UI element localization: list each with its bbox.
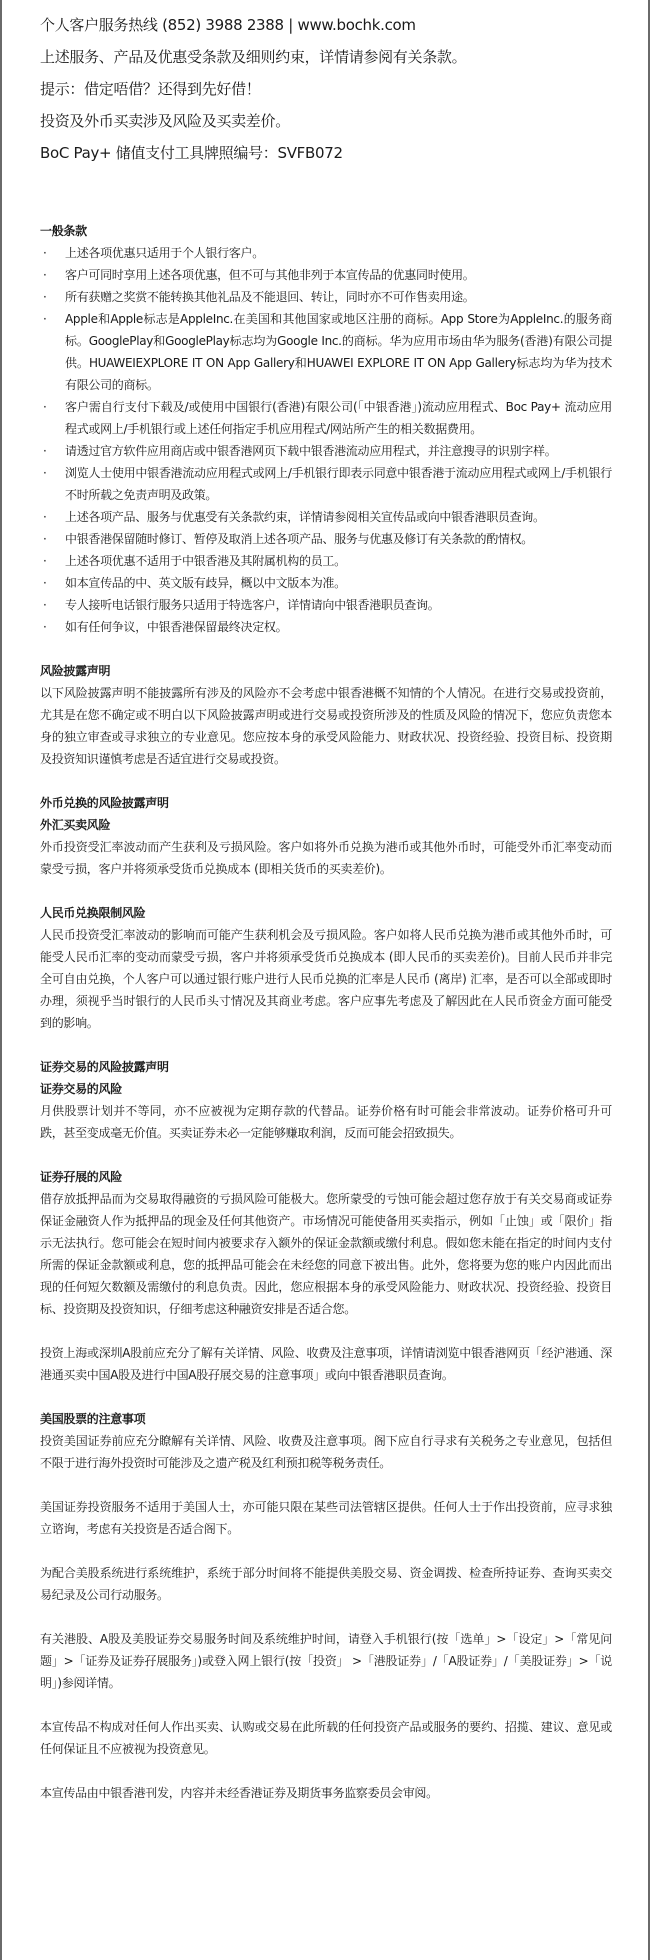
list-item: ·客户可同时享用上述各项优惠，但不可与其他非列于本宣传品的优惠同时使用。 bbox=[40, 264, 612, 286]
list-item-text: 客户可同时享用上述各项优惠，但不可与其他非列于本宣传品的优惠同时使用。 bbox=[65, 268, 475, 282]
list-item: ·所有获赠之奖赏不能转换其他礼品及不能退回、转让，同时亦不可作售卖用途。 bbox=[40, 286, 612, 308]
section-body: 为配合美股系统进行系统维护，系统于部分时间将不能提供美股交易、资金调拨、检查所持… bbox=[40, 1562, 612, 1606]
rmb-risk-section: 人民币兑换限制风险 人民币投资受汇率波动的影响而可能产生获利机会及亏损风险。客户… bbox=[40, 902, 612, 1034]
section-title: 美国股票的注意事项 bbox=[40, 1408, 612, 1430]
bullet-icon: · bbox=[43, 528, 53, 550]
publisher-note-section: 本宣传品由中银香港刊发，内容并未经香港证券及期货事务监察委员会审阅。 bbox=[40, 1782, 612, 1804]
a-share-note-section: 投资上海或深圳A股前应充分了解有关详情、风险、收费及注意事项，详情请浏览中银香港… bbox=[40, 1342, 612, 1386]
bullet-icon: · bbox=[43, 264, 53, 286]
bullet-icon: · bbox=[43, 440, 53, 462]
list-item-text: 浏览人士使用中银香港流动应用程式或网上/手机银行即表示同意中银香港于流动应用程式… bbox=[65, 466, 612, 502]
section-title: 外币兑换的风险披露声明 bbox=[40, 792, 612, 814]
list-item-text: 上述各项优惠只适用于个人银行客户。 bbox=[65, 246, 264, 260]
section-title: 一般条款 bbox=[40, 220, 612, 242]
section-body: 本宣传品由中银香港刊发，内容并未经香港证券及期货事务监察委员会审阅。 bbox=[40, 1782, 612, 1804]
section-title: 证券交易的风险披露声明 bbox=[40, 1056, 612, 1078]
bullet-icon: · bbox=[43, 286, 53, 308]
bullet-icon: · bbox=[43, 308, 53, 330]
list-item: ·浏览人士使用中银香港流动应用程式或网上/手机银行即表示同意中银香港于流动应用程… bbox=[40, 462, 612, 506]
spacer bbox=[40, 174, 612, 220]
list-item-text: 所有获赠之奖赏不能转换其他礼品及不能退回、转让，同时亦不可作售卖用途。 bbox=[65, 290, 475, 304]
list-item: ·上述各项产品、服务与优惠受有关条款约束，详情请参阅相关宣传品或向中银香港职员查… bbox=[40, 506, 612, 528]
bullet-icon: · bbox=[43, 550, 53, 572]
list-item-text: 中银香港保留随时修订、暂停及取消上述各项产品、服务与优惠及修订有关条款的酌情权。 bbox=[65, 532, 533, 546]
section-title: 人民币兑换限制风险 bbox=[40, 902, 612, 924]
bullet-icon: · bbox=[43, 572, 53, 594]
section-body: 人民币投资受汇率波动的影响而可能产生获利机会及亏损风险。客户如将人民币兑换为港币… bbox=[40, 924, 612, 1034]
list-item-text: 上述各项优惠不适用于中银香港及其附属机构的员工。 bbox=[65, 554, 346, 568]
hotline-line: 个人客户服务热线 (852) 3988 2388 | www.bochk.com bbox=[40, 14, 612, 36]
list-item: ·中银香港保留随时修订、暂停及取消上述各项产品、服务与优惠及修订有关条款的酌情权… bbox=[40, 528, 612, 550]
header-block: 个人客户服务热线 (852) 3988 2388 | www.bochk.com… bbox=[40, 14, 612, 164]
list-item-text: Apple和Apple标志是AppleInc.在美国和其他国家或地区注册的商标。… bbox=[65, 312, 612, 392]
section-body: 投资美国证券前应充分瞭解有关详情、风险、收费及注意事项。阁下应自行寻求有关税务之… bbox=[40, 1430, 612, 1474]
bullet-icon: · bbox=[43, 462, 53, 484]
section-body: 本宣传品不构成对任何人作出买卖、认购或交易在此所载的任何投资产品或服务的要约、招… bbox=[40, 1716, 612, 1760]
list-item-text: 客户需自行支付下载及/或使用中国银行(香港)有限公司(「中银香港」)流动应用程式… bbox=[65, 400, 612, 436]
list-item-text: 请透过官方软件应用商店或中银香港网页下载中银香港流动应用程式，并注意搜寻的识别字… bbox=[65, 444, 556, 458]
section-title: 风险披露声明 bbox=[40, 660, 612, 682]
general-terms-list: ·上述各项优惠只适用于个人银行客户。 ·客户可同时享用上述各项优惠，但不可与其他… bbox=[40, 242, 612, 638]
bullet-icon: · bbox=[43, 506, 53, 528]
borrowing-reminder: 提示：借定唔借？还得到先好借！ bbox=[40, 78, 612, 100]
list-item: ·如本宣传品的中、英文版有歧异，概以中文版本为准。 bbox=[40, 572, 612, 594]
terms-notice: 上述服务、产品及优惠受条款及细则约束，详情请参阅有关条款。 bbox=[40, 46, 612, 68]
bullet-icon: · bbox=[43, 616, 53, 638]
disclaimer-document: 个人客户服务热线 (852) 3988 2388 | www.bochk.com… bbox=[40, 14, 612, 1826]
section-body: 美国证券投资服务不适用于美国人士，亦可能只限在某些司法管辖区提供。任何人士于作出… bbox=[40, 1496, 612, 1540]
list-item: ·上述各项优惠只适用于个人银行客户。 bbox=[40, 242, 612, 264]
list-item: ·请透过官方软件应用商店或中银香港网页下载中银香港流动应用程式，并注意搜寻的识别… bbox=[40, 440, 612, 462]
maintenance-note-section: 为配合美股系统进行系统维护，系统于部分时间将不能提供美股交易、资金调拨、检查所持… bbox=[40, 1562, 612, 1606]
not-offer-note-section: 本宣传品不构成对任何人作出买卖、认购或交易在此所载的任何投资产品或服务的要约、招… bbox=[40, 1716, 612, 1760]
section-body: 月供股票计划并不等同，亦不应被视为定期存款的代替品。证券价格有时可能会非常波动。… bbox=[40, 1100, 612, 1144]
risk-disclosure-section: 风险披露声明 以下风险披露声明不能披露所有涉及的风险亦不会考虑中银香港概不知情的… bbox=[40, 660, 612, 770]
section-body: 以下风险披露声明不能披露所有涉及的风险亦不会考虑中银香港概不知情的个人情况。在进… bbox=[40, 682, 612, 770]
list-item: ·上述各项优惠不适用于中银香港及其附属机构的员工。 bbox=[40, 550, 612, 572]
fx-risk-section: 外币兑换的风险披露声明 外汇买卖风险 外币投资受汇率波动而产生获利及亏损风险。客… bbox=[40, 792, 612, 880]
section-body: 借存放抵押品而为交易取得融资的亏损风险可能极大。您所蒙受的亏蚀可能会超过您存放于… bbox=[40, 1188, 612, 1320]
section-body: 外币投资受汇率波动而产生获利及亏损风险。客户如将外币兑换为港币或其他外币时，可能… bbox=[40, 836, 612, 880]
list-item: ·如有任何争议，中银香港保留最终决定权。 bbox=[40, 616, 612, 638]
list-item-text: 上述各项产品、服务与优惠受有关条款约束，详情请参阅相关宣传品或向中银香港职员查询… bbox=[65, 510, 545, 524]
bullet-icon: · bbox=[43, 396, 53, 418]
list-item: ·客户需自行支付下载及/或使用中国银行(香港)有限公司(「中银香港」)流动应用程… bbox=[40, 396, 612, 440]
svf-license-number: BoC Pay+ 储值支付工具牌照编号：SVFB072 bbox=[40, 142, 612, 164]
list-item-text: 如本宣传品的中、英文版有歧异，概以中文版本为准。 bbox=[65, 576, 346, 590]
section-subtitle: 证券交易的风险 bbox=[40, 1078, 612, 1100]
general-terms-section: 一般条款 ·上述各项优惠只适用于个人银行客户。 ·客户可同时享用上述各项优惠，但… bbox=[40, 220, 612, 638]
bullet-icon: · bbox=[43, 594, 53, 616]
trading-hours-note-section: 有关港股、A股及美股证券交易服务时间及系统维护时间，请登入手机银行(按「选单」>… bbox=[40, 1628, 612, 1694]
us-service-note-section: 美国证券投资服务不适用于美国人士，亦可能只限在某些司法管辖区提供。任何人士于作出… bbox=[40, 1496, 612, 1540]
investment-risk-notice: 投资及外币买卖涉及风险及买卖差价。 bbox=[40, 110, 612, 132]
section-title: 证券孖展的风险 bbox=[40, 1166, 612, 1188]
section-subtitle: 外汇买卖风险 bbox=[40, 814, 612, 836]
section-body: 投资上海或深圳A股前应充分了解有关详情、风险、收费及注意事项，详情请浏览中银香港… bbox=[40, 1342, 612, 1386]
list-item-text: 专人接听电话银行服务只适用于特选客户，详情请向中银香港职员查询。 bbox=[65, 598, 439, 612]
us-stock-notes-section: 美国股票的注意事项 投资美国证券前应充分瞭解有关详情、风险、收费及注意事项。阁下… bbox=[40, 1408, 612, 1474]
bullet-icon: · bbox=[43, 242, 53, 264]
margin-risk-section: 证券孖展的风险 借存放抵押品而为交易取得融资的亏损风险可能极大。您所蒙受的亏蚀可… bbox=[40, 1166, 612, 1320]
list-item: ·Apple和Apple标志是AppleInc.在美国和其他国家或地区注册的商标… bbox=[40, 308, 612, 396]
list-item: ·专人接听电话银行服务只适用于特选客户，详情请向中银香港职员查询。 bbox=[40, 594, 612, 616]
list-item-text: 如有任何争议，中银香港保留最终决定权。 bbox=[65, 620, 287, 634]
section-body: 有关港股、A股及美股证券交易服务时间及系统维护时间，请登入手机银行(按「选单」>… bbox=[40, 1628, 612, 1694]
securities-risk-section: 证券交易的风险披露声明 证券交易的风险 月供股票计划并不等同，亦不应被视为定期存… bbox=[40, 1056, 612, 1144]
